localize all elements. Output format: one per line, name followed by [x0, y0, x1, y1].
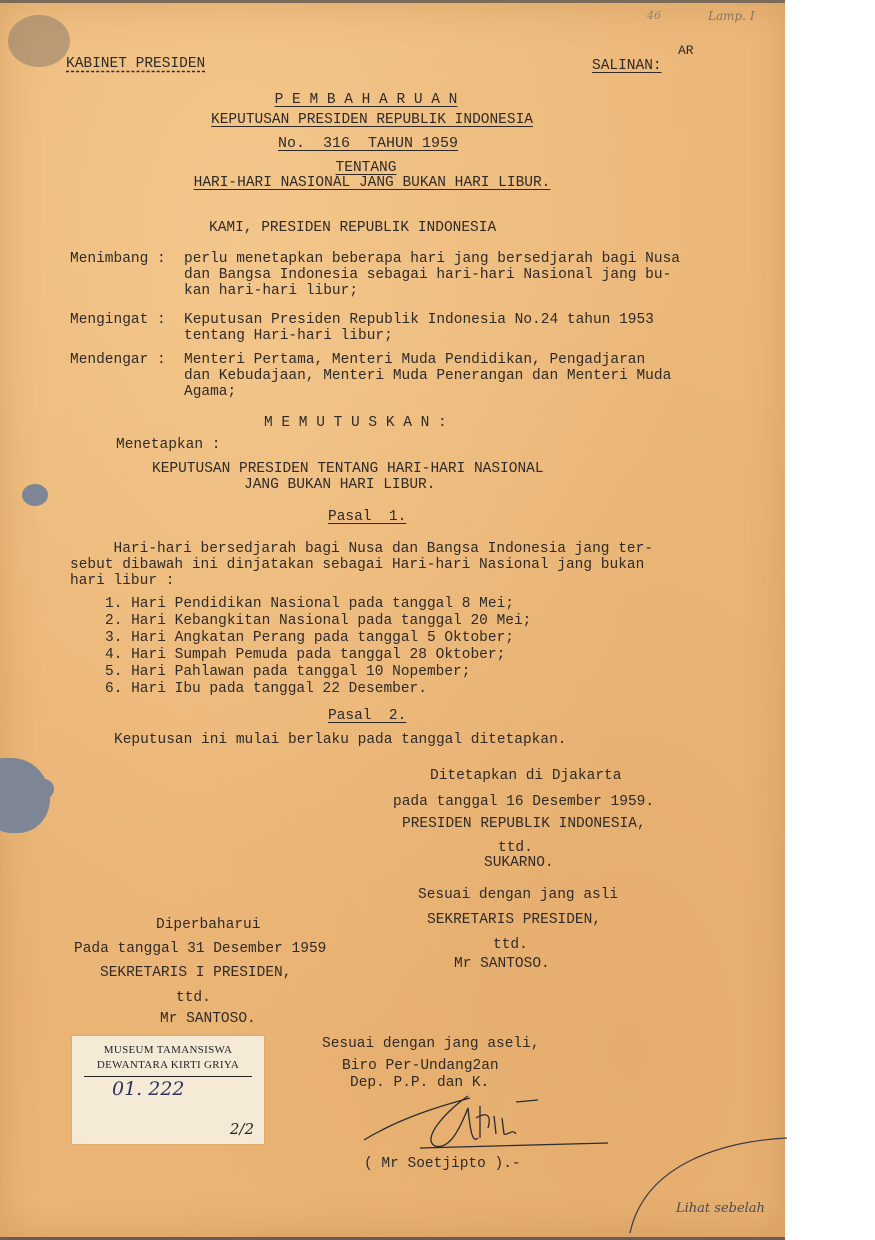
mendengar-line: Agama;: [184, 384, 236, 400]
pen-arc: [615, 1133, 790, 1240]
signature-name: SUKARNO.: [484, 855, 554, 871]
mengingat-line: Keputusan Presiden Republik Indonesia No…: [184, 312, 654, 328]
renewal-office: SEKRETARIS I PRESIDEN,: [100, 965, 291, 981]
holiday-item: 4. Hari Sumpah Pemuda pada tanggal 28 Ok…: [105, 647, 505, 663]
title-pembaharuan: P E M B A H A R U A N: [275, 92, 458, 108]
certification-name: ( Mr Soetjipto ).-: [364, 1156, 521, 1172]
margin-note: Lihat sebelah: [676, 1201, 765, 1216]
header-left: KABINET PRESIDEN: [66, 56, 205, 72]
menetapkan-label: Menetapkan :: [116, 437, 220, 453]
holiday-item: 2. Hari Kebangkitan Nasional pada tangga…: [105, 613, 531, 629]
signature-place: Ditetapkan di Djakarta: [430, 768, 621, 784]
mengingat-label: Mengingat :: [70, 312, 166, 328]
menimbang-line: dan Bangsa Indonesia sebagai hari-hari N…: [184, 267, 671, 283]
memutuskan-heading: M E M U T U S K A N :: [264, 415, 447, 431]
document-page: 46 Lamp. I KABINET PRESIDEN AR SALINAN: …: [0, 0, 785, 1240]
renewal-name: Mr SANTOSO.: [160, 1011, 256, 1027]
signature-date: pada tanggal 16 Desember 1959.: [393, 794, 654, 810]
menimbang-line: kan hari-hari libur;: [184, 283, 358, 299]
certification-line: Sesuai dengan jang aseli,: [322, 1036, 540, 1052]
handwritten-signature: [360, 1088, 620, 1158]
header-mark: AR: [678, 43, 694, 59]
holiday-item: 5. Hari Pahlawan pada tanggal 10 Nopembe…: [105, 664, 470, 680]
title-number: No. 316 TAHUN 1959: [278, 136, 458, 152]
signature-ttd: ttd.: [498, 840, 533, 856]
renewal-label: Diperbaharui: [156, 917, 260, 933]
pasal-1-intro: sebut dibawah ini dinjatakan sebagai Har…: [70, 557, 644, 573]
museum-label-subname: DEWANTARA KIRTI GRIYA: [72, 1059, 264, 1071]
pasal-2-heading: Pasal 2.: [328, 708, 406, 724]
header-right: SALINAN:: [592, 58, 662, 74]
title-keputusan: KEPUTUSAN PRESIDEN REPUBLIK INDONESIA: [211, 112, 533, 128]
museum-catalog-label: MUSEUM TAMANSISWA DEWANTARA KIRTI GRIYA …: [72, 1036, 264, 1144]
holiday-item: 6. Hari Ibu pada tanggal 22 Desember.: [105, 681, 427, 697]
holiday-item: 1. Hari Pendidikan Nasional pada tanggal…: [105, 596, 514, 612]
menimbang-line: perlu menetapkan beberapa hari jang bers…: [184, 251, 680, 267]
mendengar-label: Mendengar :: [70, 352, 166, 368]
pasal-1-intro: hari libur :: [70, 573, 174, 589]
mengingat-line: tentang Hari-hari libur;: [184, 328, 393, 344]
title-subject: HARI-HARI NASIONAL JANG BUKAN HARI LIBUR…: [194, 175, 551, 191]
copy-ttd: ttd.: [493, 937, 528, 953]
pasal-2-text: Keputusan ini mulai berlaku pada tanggal…: [114, 732, 566, 748]
pasal-1-heading: Pasal 1.: [328, 509, 406, 525]
holiday-item: 3. Hari Angkatan Perang pada tanggal 5 O…: [105, 630, 514, 646]
punch-hole: [22, 484, 48, 506]
copy-name: Mr SANTOSO.: [454, 956, 550, 972]
label-divider: [84, 1076, 252, 1077]
punch-hole: [34, 779, 54, 799]
title-tentang: TENTANG: [336, 160, 397, 176]
mendengar-line: dan Kebudajaan, Menteri Muda Penerangan …: [184, 368, 671, 384]
pasal-1-intro: Hari-hari bersedjarah bagi Nusa dan Bang…: [70, 541, 653, 557]
preamble-heading: KAMI, PRESIDEN REPUBLIK INDONESIA: [209, 220, 496, 236]
museum-label-name: MUSEUM TAMANSISWA: [72, 1044, 264, 1056]
signature-office: PRESIDEN REPUBLIK INDONESIA,: [402, 816, 646, 832]
catalog-number: 01. 222: [112, 1078, 185, 1100]
menimbang-label: Menimbang :: [70, 251, 166, 267]
renewal-date: Pada tanggal 31 Desember 1959: [74, 941, 326, 957]
corner-note-lampiran: Lamp. I: [708, 9, 755, 23]
water-stain: [8, 15, 70, 67]
renewal-ttd: ttd.: [176, 990, 211, 1006]
copy-certification: Sesuai dengan jang asli: [418, 887, 618, 903]
certification-bureau: Biro Per-Undang2an: [342, 1058, 499, 1074]
corner-note-number: 46: [647, 9, 661, 22]
page-indicator: 2/2: [230, 1120, 254, 1138]
mendengar-line: Menteri Pertama, Menteri Muda Pendidikan…: [184, 352, 645, 368]
decision-subject: KEPUTUSAN PRESIDEN TENTANG HARI-HARI NAS…: [152, 461, 544, 477]
copy-office: SEKRETARIS PRESIDEN,: [427, 912, 601, 928]
decision-subject: JANG BUKAN HARI LIBUR.: [244, 477, 435, 493]
